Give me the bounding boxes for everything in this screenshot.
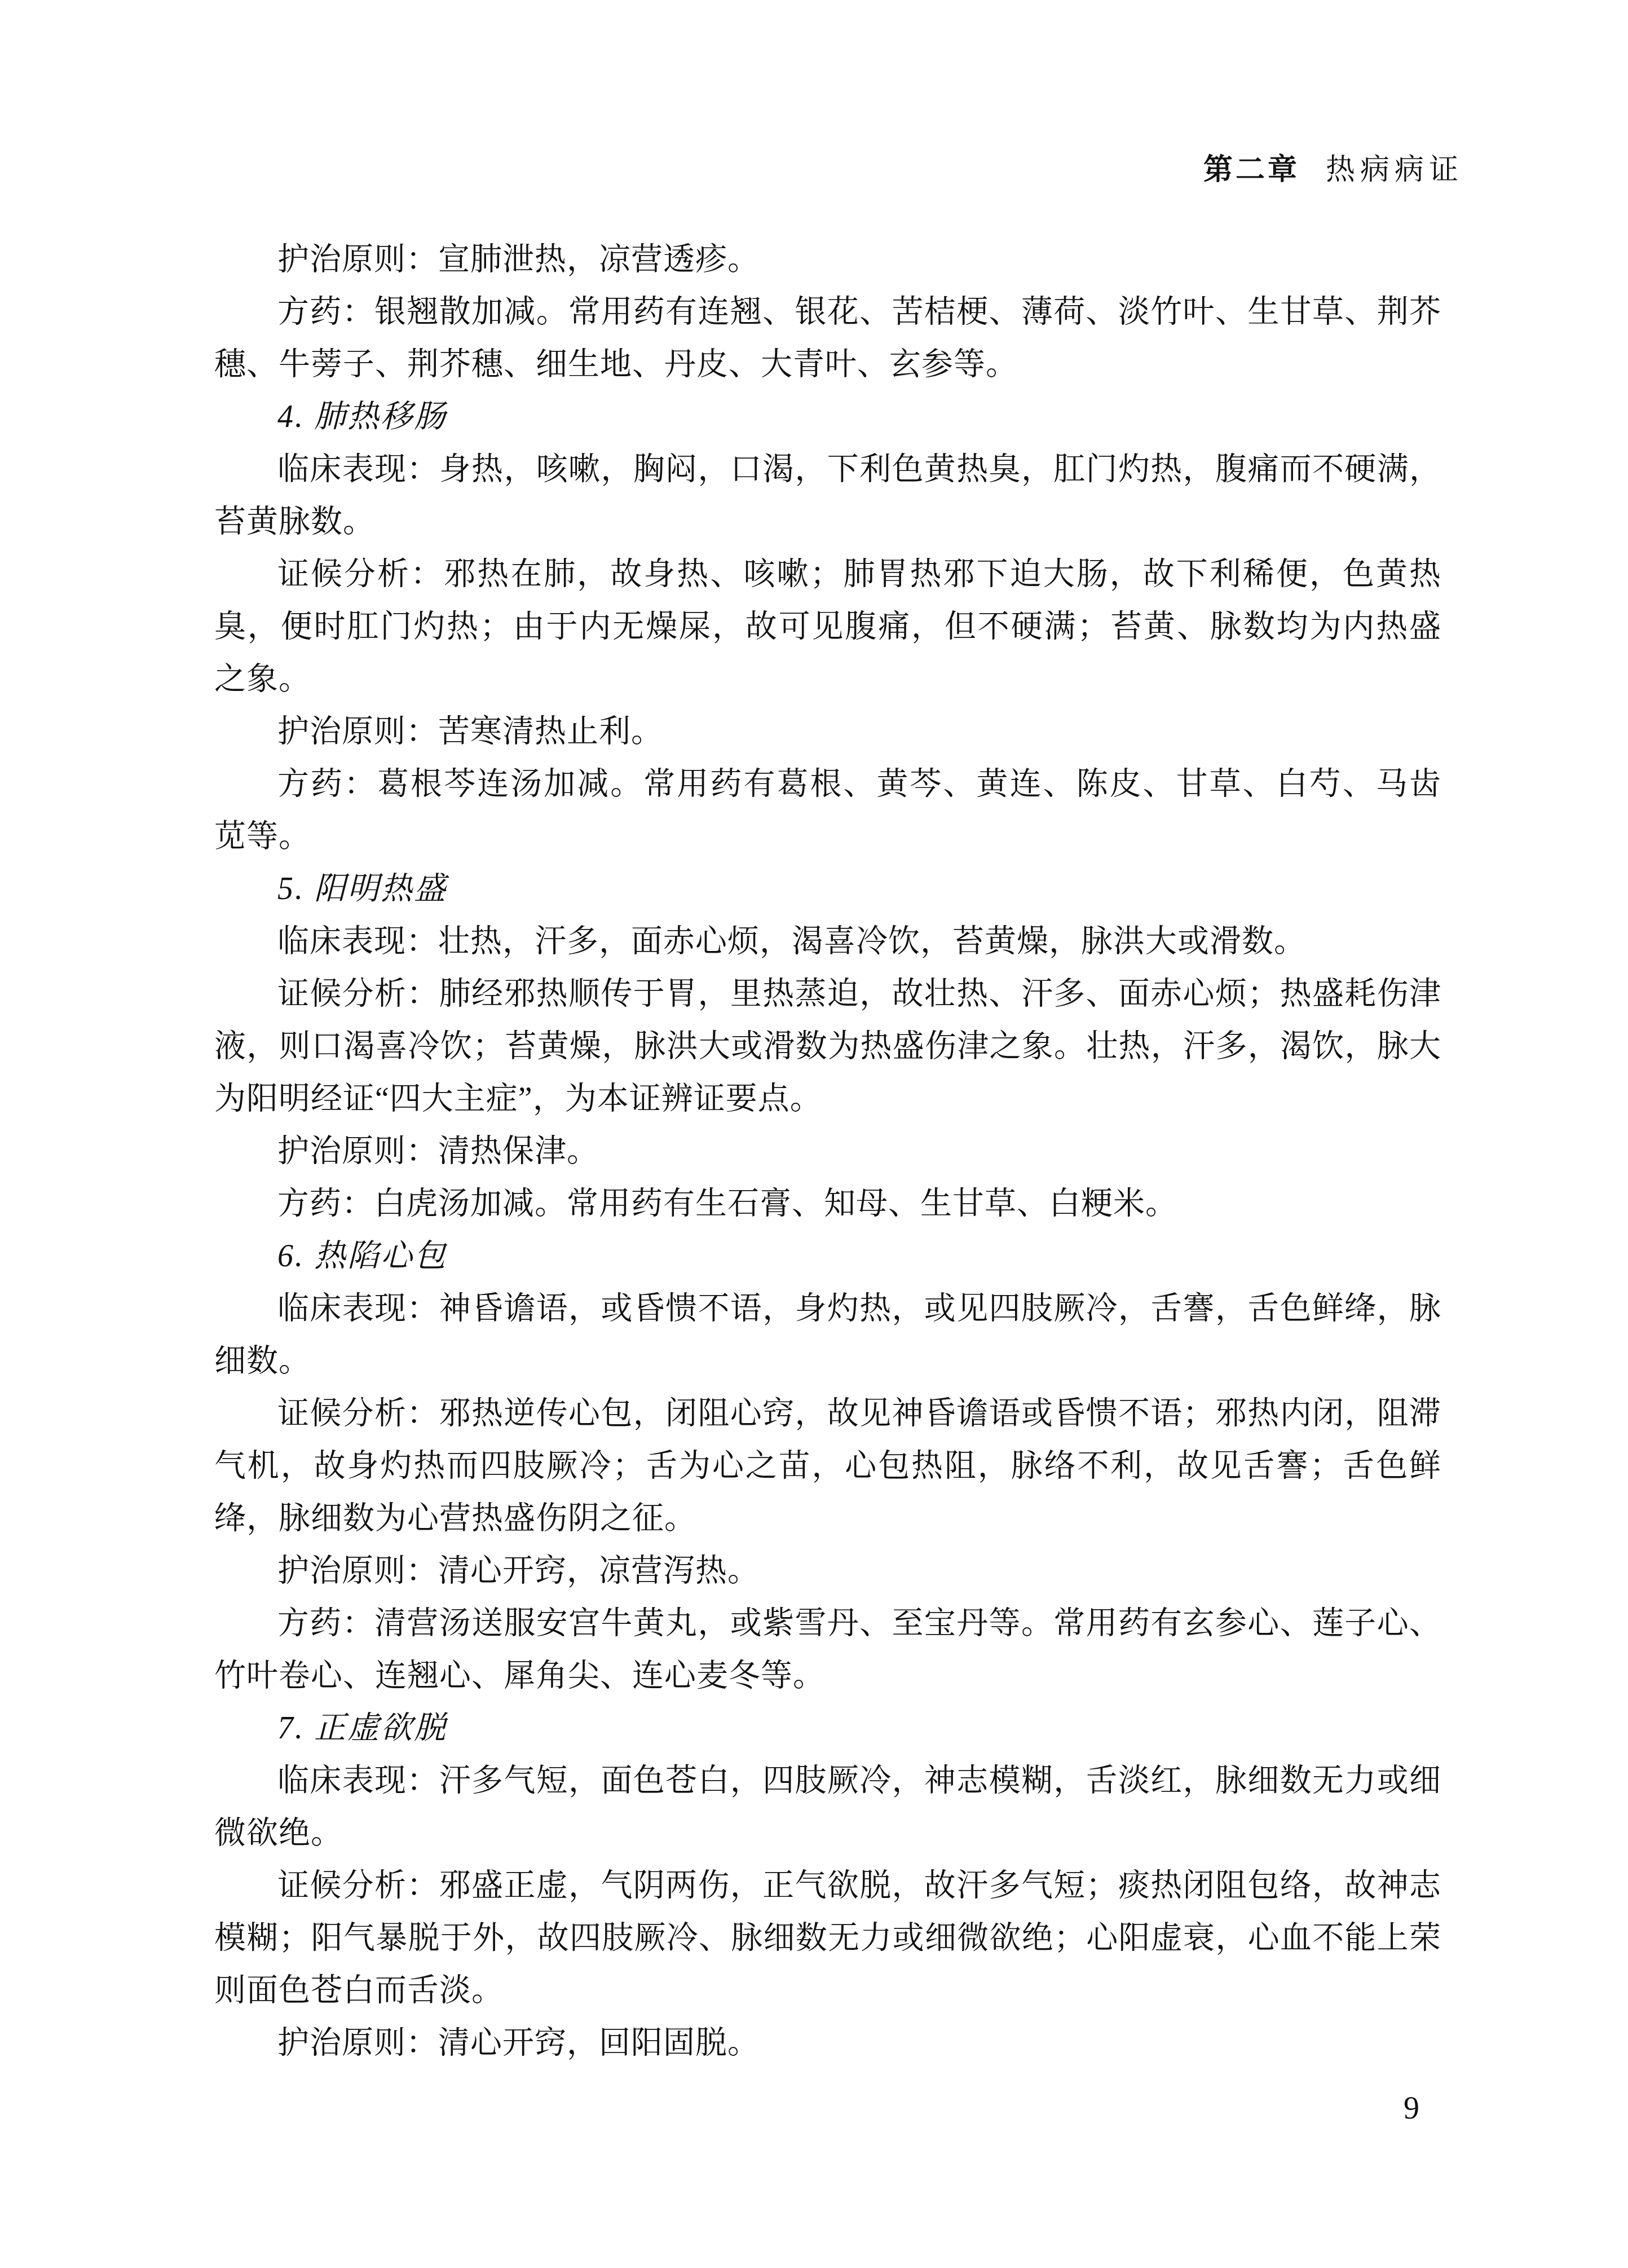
- text-line: 证候分析：邪热逆传心包，闭阻心窍，故见神昏谵语或昏愦不语；邪热内闭，阻滞: [214, 1388, 1441, 1440]
- text-line: 方药：白虎汤加减。常用药有生石膏、知母、生甘草、白粳米。: [214, 1178, 1441, 1230]
- text-line: 之象。: [214, 653, 1441, 706]
- text-line: 穗、牛蒡子、荆芥穗、细生地、丹皮、大青叶、玄参等。: [214, 338, 1441, 391]
- text-line: 证候分析：邪盛正虚，气阴两伤，正气欲脱，故汗多气短；痰热闭阻包络，故神志: [214, 1860, 1441, 1912]
- text-line: 方药：葛根芩连汤加减。常用药有葛根、黄芩、黄连、陈皮、甘草、白芍、马齿: [214, 758, 1441, 811]
- text-line: 临床表现：神昏谵语，或昏愦不语，身灼热，或见四肢厥冷，舌謇，舌色鲜绛，脉: [214, 1283, 1441, 1335]
- text-line: 竹叶卷心、连翘心、犀角尖、连心麦冬等。: [214, 1650, 1441, 1702]
- chapter-title: 热病病证: [1326, 154, 1463, 186]
- text-line: 臭，便时肛门灼热；由于内无燥屎，故可见腹痛，但不硬满；苔黄、脉数均为内热盛: [214, 601, 1441, 653]
- page-number: 9: [1404, 2090, 1419, 2126]
- text-line: 苔黄脉数。: [214, 496, 1441, 548]
- text-line: 证候分析：肺经邪热顺传于胃，里热蒸迫，故壮热、汗多、面赤心烦；热盛耗伤津: [214, 968, 1441, 1020]
- text-line: 临床表现：身热，咳嗽，胸闷，口渴，下利色黄热臭，肛门灼热，腹痛而不硬满，: [214, 443, 1441, 496]
- section-heading: 6. 热陷心包: [214, 1230, 1441, 1283]
- page: { "page": { "header": { "chapter_label":…: [0, 0, 1628, 2268]
- text-line: 则面色苍白而舌淡。: [214, 1965, 1441, 2017]
- text-line: 临床表现：壮热，汗多，面赤心烦，渴喜冷饮，苔黄燥，脉洪大或滑数。: [214, 915, 1441, 968]
- text-line: 护治原则：宣肺泄热，凉营透疹。: [214, 234, 1441, 286]
- text-line: 为阳明经证“四大主症”，为本证辨证要点。: [214, 1073, 1441, 1125]
- chapter-number: 第二章: [1203, 153, 1300, 186]
- section-heading: 5. 阳明热盛: [214, 863, 1441, 915]
- document-body: 护治原则：宣肺泄热，凉营透疹。方药：银翘散加减。常用药有连翘、银花、苦桔梗、薄荷…: [214, 234, 1441, 2069]
- text-line: 方药：银翘散加减。常用药有连翘、银花、苦桔梗、薄荷、淡竹叶、生甘草、荆芥: [214, 286, 1441, 338]
- text-line: 苋等。: [214, 811, 1441, 863]
- text-line: 护治原则：清心开窍，回阳固脱。: [214, 2017, 1441, 2069]
- text-line: 证候分析：邪热在肺，故身热、咳嗽；肺胃热邪下迫大肠，故下利稀便，色黄热: [214, 548, 1441, 601]
- text-line: 绛，脉细数为心营热盛伤阴之征。: [214, 1492, 1441, 1545]
- section-heading: 7. 正虚欲脱: [214, 1702, 1441, 1755]
- text-line: 液，则口渴喜冷饮；苔黄燥，脉洪大或滑数为热盛伤津之象。壮热，汗多，渴饮，脉大: [214, 1020, 1441, 1073]
- text-line: 细数。: [214, 1335, 1441, 1388]
- text-line: 微欲绝。: [214, 1807, 1441, 1860]
- text-line: 方药：清营汤送服安宫牛黄丸，或紫雪丹、至宝丹等。常用药有玄参心、莲子心、: [214, 1597, 1441, 1650]
- chapter-header: 第二章热病病证: [1203, 152, 1463, 188]
- text-line: 临床表现：汗多气短，面色苍白，四肢厥冷，神志模糊，舌淡红，脉细数无力或细: [214, 1755, 1441, 1807]
- text-line: 气机，故身灼热而四肢厥冷；舌为心之苗，心包热阻，脉络不利，故见舌謇；舌色鲜: [214, 1440, 1441, 1492]
- section-heading: 4. 肺热移肠: [214, 391, 1441, 443]
- text-line: 护治原则：苦寒清热止利。: [214, 706, 1441, 758]
- text-line: 护治原则：清心开窍，凉营泻热。: [214, 1545, 1441, 1597]
- text-line: 模糊；阳气暴脱于外，故四肢厥冷、脉细数无力或细微欲绝；心阳虚衰，心血不能上荣: [214, 1912, 1441, 1965]
- text-line: 护治原则：清热保津。: [214, 1125, 1441, 1178]
